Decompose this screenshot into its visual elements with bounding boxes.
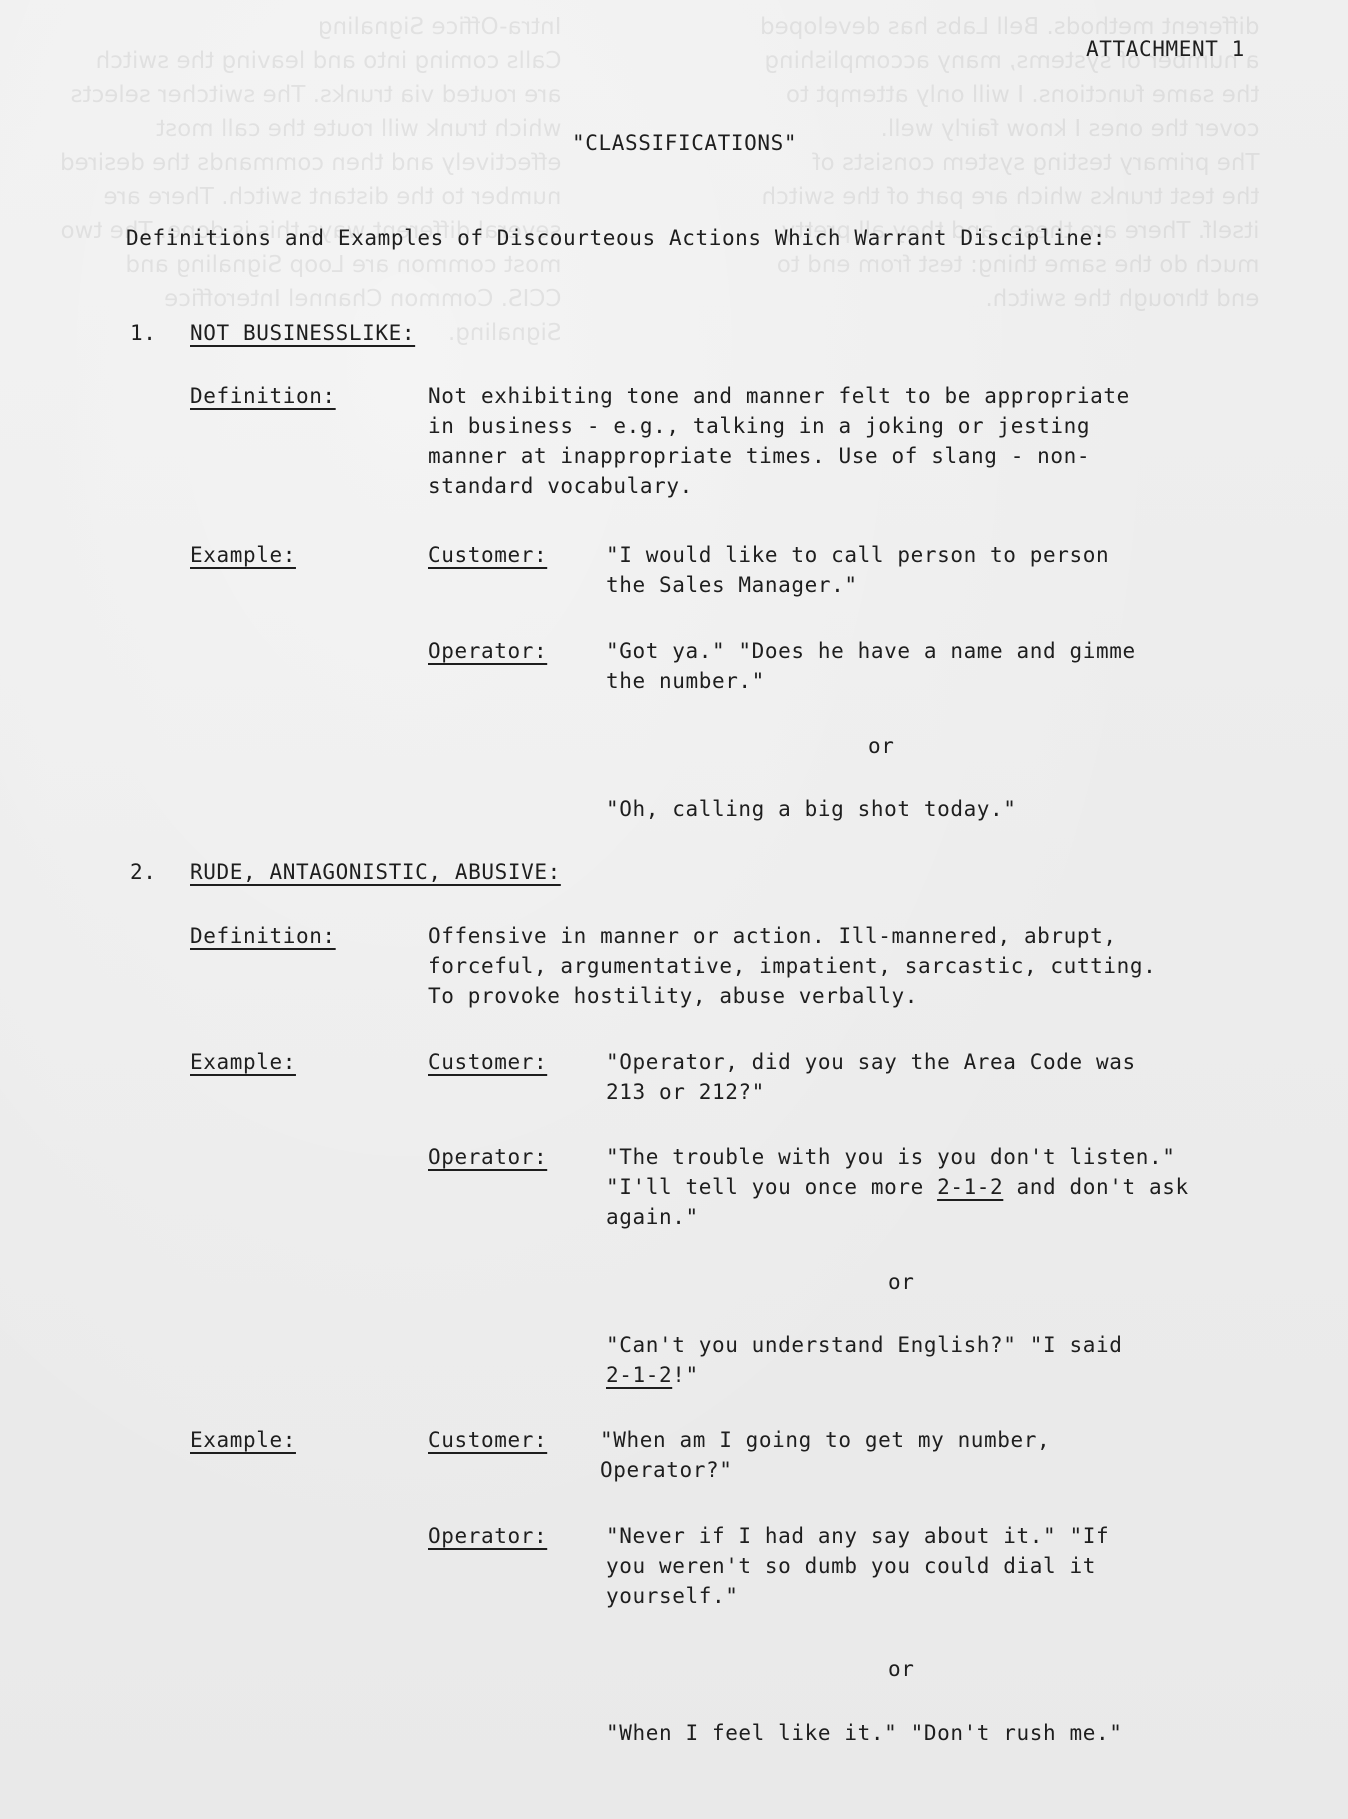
- quote-line: Operator?": [600, 1455, 1050, 1485]
- quote-line: "When am I going to get my number,: [600, 1425, 1050, 1455]
- section-2-heading: RUDE, ANTAGONISTIC, ABUSIVE:: [190, 857, 561, 887]
- or-separator: or: [888, 1654, 915, 1684]
- section-2-definition-label: Definition:: [190, 921, 336, 951]
- quote-line: 2-1-2!": [606, 1360, 1122, 1390]
- definition-line: in business - e.g., talking in a joking …: [428, 411, 1130, 441]
- operator-label: Operator:: [428, 636, 547, 666]
- customer-label: Customer:: [428, 1047, 547, 1077]
- definition-line: Not exhibiting tone and manner felt to b…: [428, 381, 1130, 411]
- definition-line: manner at inappropriate times. Use of sl…: [428, 441, 1130, 471]
- section-1-definition-label: Definition:: [190, 381, 336, 411]
- area-code-emphasis: 2-1-2: [937, 1175, 1003, 1199]
- operator-quote: "The trouble with you is you don't liste…: [606, 1142, 1189, 1232]
- operator-label: Operator:: [428, 1521, 547, 1551]
- or-separator: or: [888, 1267, 915, 1297]
- attachment-label: ATTACHMENT 1: [1086, 34, 1245, 64]
- quote-text: and don't ask: [1003, 1175, 1188, 1199]
- operator-alt-quote: "Can't you understand English?" "I said …: [606, 1330, 1122, 1390]
- quote-line: "Got ya." "Does he have a name and gimme: [606, 636, 1136, 666]
- quote-line: "Can't you understand English?" "I said: [606, 1330, 1122, 1360]
- quote-line: again.": [606, 1202, 1189, 1232]
- quote-line: you weren't so dumb you could dial it: [606, 1551, 1109, 1581]
- section-2-example-label-2: Example:: [190, 1425, 296, 1455]
- operator-label: Operator:: [428, 1142, 547, 1172]
- customer-quote: "I would like to call person to person t…: [606, 540, 1109, 600]
- section-2-definition-text: Offensive in manner or action. Ill-manne…: [428, 921, 1156, 1011]
- quote-line: "I'll tell you once more 2-1-2 and don't…: [606, 1172, 1189, 1202]
- quote-line: 213 or 212?": [606, 1077, 1136, 1107]
- customer-quote: "When am I going to get my number, Opera…: [600, 1425, 1050, 1485]
- operator-quote: "Never if I had any say about it." "If y…: [606, 1521, 1109, 1611]
- quote-line: "Operator, did you say the Area Code was: [606, 1047, 1136, 1077]
- operator-quote: "Got ya." "Does he have a name and gimme…: [606, 636, 1136, 696]
- area-code-emphasis: 2-1-2: [606, 1363, 672, 1387]
- quote-line: the Sales Manager.": [606, 570, 1109, 600]
- quote-text: !": [672, 1363, 699, 1387]
- section-1-example-label: Example:: [190, 540, 296, 570]
- operator-alt-quote: "When I feel like it." "Don't rush me.": [606, 1718, 1122, 1748]
- section-2-example-label: Example:: [190, 1047, 296, 1077]
- customer-label: Customer:: [428, 1425, 547, 1455]
- quote-line: "Never if I had any say about it." "If: [606, 1521, 1109, 1551]
- section-1-heading: NOT BUSINESSLIKE:: [190, 318, 415, 348]
- section-1-definition-text: Not exhibiting tone and manner felt to b…: [428, 381, 1130, 501]
- quote-line: yourself.": [606, 1581, 1109, 1611]
- operator-alt-quote: "Oh, calling a big shot today.": [606, 794, 1017, 824]
- quote-line: "I would like to call person to person: [606, 540, 1109, 570]
- definition-line: Offensive in manner or action. Ill-manne…: [428, 921, 1156, 951]
- definition-line: To provoke hostility, abuse verbally.: [428, 981, 1156, 1011]
- page-subtitle: Definitions and Examples of Discourteous…: [126, 223, 1106, 253]
- quote-line: the number.": [606, 666, 1136, 696]
- quote-line: "The trouble with you is you don't liste…: [606, 1142, 1189, 1172]
- section-1-number: 1.: [130, 318, 157, 348]
- customer-label: Customer:: [428, 540, 547, 570]
- customer-quote: "Operator, did you say the Area Code was…: [606, 1047, 1136, 1107]
- definition-line: forceful, argumentative, impatient, sarc…: [428, 951, 1156, 981]
- quote-text: "I'll tell you once more: [606, 1175, 937, 1199]
- document-page: Intra-Office Signaling Calls coming into…: [0, 0, 1348, 1819]
- page-title: "CLASSIFICATIONS": [572, 128, 797, 158]
- section-2-number: 2.: [130, 857, 157, 887]
- or-separator: or: [868, 731, 895, 761]
- bleed-through-left: Intra-Office Signaling Calls coming into…: [60, 10, 561, 350]
- definition-line: standard vocabulary.: [428, 471, 1130, 501]
